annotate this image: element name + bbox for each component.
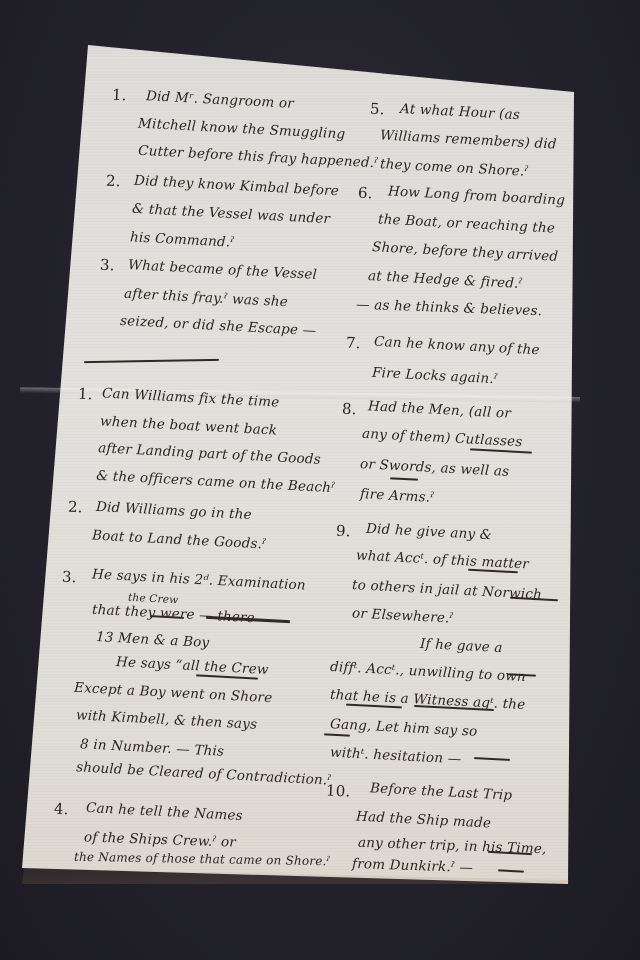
item-number: 1. [112, 86, 128, 105]
item-number: 10. [326, 781, 351, 800]
item-number: 5. [370, 100, 386, 119]
item-number: 1. [78, 385, 94, 404]
item-number: 6. [358, 184, 374, 203]
item-number: 4. [54, 800, 70, 819]
item-number: 7. [346, 334, 362, 353]
item-number: 3. [62, 568, 78, 587]
item-number: 8. [342, 400, 358, 419]
item-number: 2. [106, 172, 122, 191]
item-number: 9. [336, 522, 352, 541]
item-number: 2. [68, 498, 84, 517]
item-number: 3. [100, 256, 116, 275]
